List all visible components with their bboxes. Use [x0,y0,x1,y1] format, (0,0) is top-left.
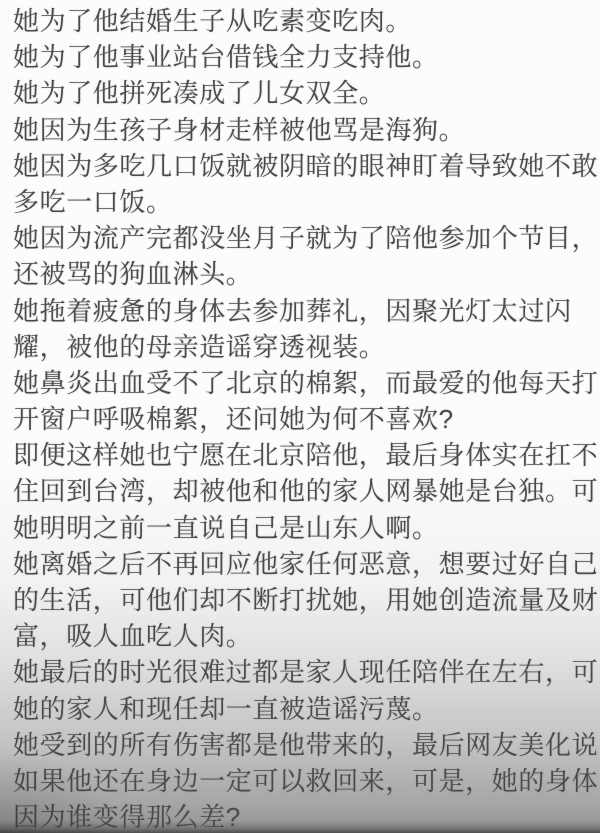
text-line-7: 她因为流产完都没坐月子就为了陪他参加个节目， [13,220,594,256]
text-line-16: 她离婚之后不再回应他家任何恶意，想要过好自己 [13,546,594,582]
text-line-18: 富，吸人血吃人肉。 [13,618,594,654]
text-line-15: 她明明之前一直说自己是山东人啊。 [13,510,594,546]
text-line-14: 住回到台湾，却被他和他的家人网暴她是台独。可 [13,473,594,509]
text-line-4: 她因为生孩子身材走样被他骂是海狗。 [13,112,594,148]
text-line-19: 她最后的时光很难过都是家人现任陪伴在左右，可 [13,654,594,690]
text-line-5: 她因为多吃几口饭就被阴暗的眼神盯着导致她不敢 [13,148,594,184]
text-line-2: 她为了他事业站台借钱全力支持他。 [13,39,594,75]
text-line-17: 的生活，可他们却不断打扰她，用她创造流量及财 [13,582,594,618]
text-line-13: 即便这样她也宁愿在北京陪他，最后身体实在扛不 [13,437,594,473]
text-line-1: 她为了他结婚生子从吃素变吃肉。 [13,3,594,39]
text-line-11: 她鼻炎出血受不了北京的棉絮，而最爱的他每天打 [13,365,594,401]
text-line-12: 开窗户呼吸棉絮，还问她为何不喜欢? [13,401,594,437]
text-line-23: 因为谁变得那么差? [13,799,594,833]
text-line-3: 她为了他拼死凑成了儿女双全。 [13,75,594,111]
text-line-9: 她拖着疲惫的身体去参加葬礼，因聚光灯太过闪 [13,293,594,329]
text-line-10: 耀，被他的母亲造谣穿透视装。 [13,329,594,365]
text-line-22: 如果他还在身边一定可以救回来，可是，她的身体 [13,763,594,799]
post-text: 她为了他结婚生子从吃素变吃肉。 她为了他事业站台借钱全力支持他。 她为了他拼死凑… [0,0,600,833]
text-line-8: 还被骂的狗血淋头。 [13,256,594,292]
text-line-6: 多吃一口饭。 [13,184,594,220]
text-line-20: 她的家人和现任却一直被造谣污蔑。 [13,691,594,727]
text-line-21: 她受到的所有伤害都是他带来的，最后网友美化说 [13,727,594,763]
text-post-page: 她为了他结婚生子从吃素变吃肉。 她为了他事业站台借钱全力支持他。 她为了他拼死凑… [0,0,600,833]
